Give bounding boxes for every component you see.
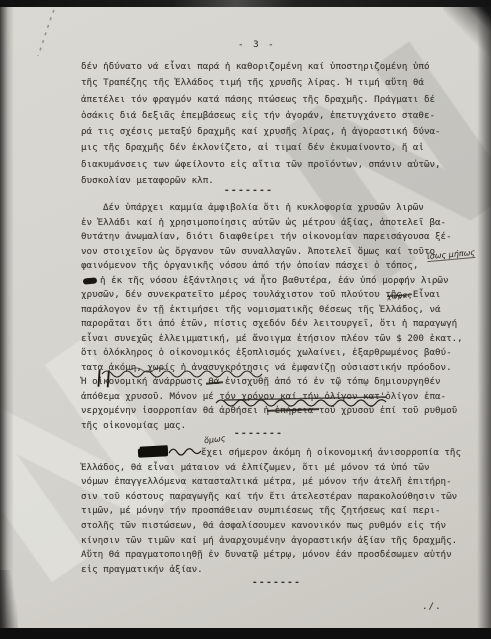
section-separator: ------- (252, 577, 301, 588)
handwriting-squiggle (214, 394, 392, 407)
scribbled-out-word (138, 447, 168, 458)
text-line: τῆς Τραπέζης τῆς Ἑλλάδος τιμή τῆς χρυσῆς… (81, 75, 467, 91)
scan-edge-right (477, 4, 491, 630)
text-line: ὁσάκις διά δεξιᾶς ἐπεμβάσεως εἰς τήν ἀγο… (81, 108, 467, 124)
text-line: ρά τις σχέσις μεταξύ δραχμῆς καί χρυσῆς … (81, 124, 467, 140)
paragraph-3: ἔχει σήμερον ἀκόμη ἡ οἰκονομική ἀνισορρο… (81, 446, 467, 577)
continuation-mark: ./. (422, 601, 442, 612)
text-line: ὅτι ὁλόκληρος ὁ οἰκονομικός ἐξοπλισμός χ… (81, 346, 467, 361)
text-line: Αὕτη θά πραγματοποιηθῇ ἐν δυνατῷ μέτρῳ, … (81, 548, 467, 563)
text-line: εἰς πραγματικήν ἀξίαν. (81, 563, 467, 578)
handwritten-word-struck: χώρας (387, 290, 412, 301)
text-line: θυτάτην ἀνωμαλίαν, διότι διαφθείρει τήν … (81, 230, 467, 245)
text-line: νόμων ἐπαγγελλόμενα κατασταλτικά μέτρα, … (81, 475, 467, 490)
scanned-document-page: N N - 3 - δέν ἠδύνατο νά εἶναι παρά ἡ κα… (0, 0, 491, 639)
text-line: ἐν Ἑλλάδι καί ἡ χρησιμοποίησις αὐτῶν ὡς … (81, 216, 467, 231)
text-line: παράλογον ἐν τῇ ἐκτιμήσει τῆς νομισματικ… (81, 303, 467, 318)
text-line: στολῆς τῶν πιστώσεων, θά ἀσφαλίσουμεν κα… (81, 519, 467, 534)
text-line: δέν ἠδύνατο νά εἶναι παρά ἡ καθοριζομένη… (81, 59, 467, 75)
text-line: ἡ ἐκ τῆς νόσου ἐξάντλησις νά ἦτο βαθυτέρ… (81, 274, 467, 289)
text-line: Δέν ὑπάρχει καμμία ἀμφιβολία ὅτι ἡ κυκλο… (81, 201, 467, 216)
section-separator: ------- (224, 185, 273, 196)
section-separator: ------- (234, 428, 283, 439)
scan-edge-bottom (0, 628, 491, 639)
text-line: κίνησιν τῶν τιμῶν καί μή ἀναρχουμένην ἀγ… (81, 534, 467, 549)
text-line: μις τῆς δραχμῆς δέν ἐκλονίζετο, αἱ τιμαί… (81, 140, 467, 156)
page-corner-fold (443, 0, 491, 56)
scan-edge-top (0, 0, 491, 7)
page-number: - 3 - (238, 39, 276, 50)
text-line: Ἑλλάδος, θά εἶναι μάταιον νά ἐλπίζωμεν, … (81, 461, 467, 476)
text-line: σιν τοῦ κόστους παραγωγῆς καί τήν ἔτι ἀτ… (81, 490, 467, 505)
handwriting-squiggle (167, 444, 205, 457)
handwriting-squiggle (100, 366, 270, 378)
text-line: ἀπετέλει τόν φραγμόν κατά πάσης πτώσεως … (81, 92, 467, 108)
text-line: διακυμάνσεις των ὠφείλοντο εἰς αἴτια τῶν… (81, 157, 467, 173)
scan-corner-shadow (0, 570, 18, 630)
text-line: φαινόμενον τῆς ὀργανικῆς νόσου ἀπό τήν ὁ… (81, 259, 467, 274)
text-line: δυσκολίαν μεταφορῶν κλπ. (81, 173, 467, 189)
text-line: τιμῶν, μέ μόνην τήν προσπάθειαν συμπιέσε… (81, 504, 467, 519)
text-line: εἶναι συνεχῶς ἐλλειμματική, μέ ἄνοιγμα ἐ… (81, 332, 467, 347)
text-line: νον στοιχεῖον ὡς ὄργανον τῶν συναλλαγῶν.… (81, 245, 467, 260)
text-line: παρορᾶται ὅτι ἀπό ἐτῶν, πίστις σχεδόν δέ… (81, 317, 467, 332)
paragraph-1: δέν ἠδύνατο νά εἶναι παρά ἡ καθοριζομένη… (81, 59, 467, 189)
pencil-mark (33, 7, 61, 59)
scan-edge-left (0, 4, 14, 630)
